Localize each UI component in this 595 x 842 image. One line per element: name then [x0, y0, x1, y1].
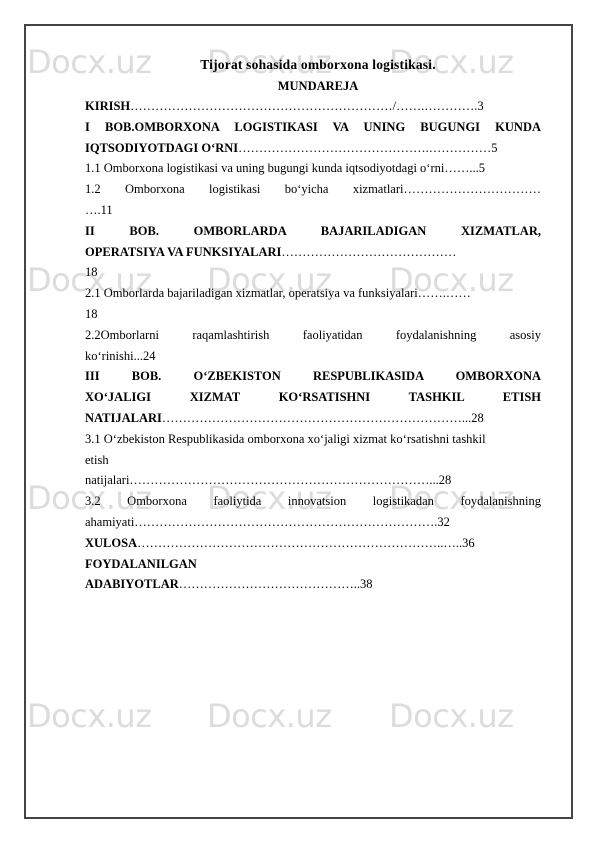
toc-page-number: 28: [439, 473, 452, 487]
toc-page-number: 18: [85, 265, 98, 279]
toc-line: 2.2Omborlarni raqamlashtirish faoliyatid…: [85, 325, 541, 346]
toc-leader-dots: ………………………………………………………………...: [162, 411, 471, 425]
toc-line: ahamiyati……………………………………………………………….32: [85, 512, 541, 533]
toc-entry-title: XO‘JALIGI XIZMAT KO‘RSATISHNI TASHKIL ET…: [85, 390, 541, 404]
toc-line: 3.1 O‘zbekiston Respublikasida omborxona…: [85, 429, 541, 450]
toc-entry-title: IQTSODIYOTDAGI O‘RNI: [85, 141, 238, 155]
toc-entry-text: 1.2 Omborxona logistikasi bo‘yicha xizma…: [85, 182, 541, 196]
toc-page-number: 32: [437, 515, 450, 529]
toc-line: NATIJALARI………………………………………………………………...28: [85, 408, 541, 429]
toc-entry-title: XULOSA: [85, 536, 137, 550]
toc-entry-text: etish: [85, 453, 109, 467]
toc-entry-text: 2.1 Omborlarda bajariladigan xizmatlar, …: [85, 286, 471, 300]
toc-line: FOYDALANILGAN: [85, 554, 541, 575]
toc-entry-text: 1.1 Omborxona logistikasi va uning bugun…: [85, 161, 479, 175]
document-title: Tijorat sohasida omborxona logistikasi.: [95, 54, 541, 76]
toc-line: 1.1 Omborxona logistikasi va uning bugun…: [85, 158, 541, 179]
toc-page-number: 11: [101, 203, 113, 217]
toc-entry-text: 3.2 Omborxona faoliytida innovatsion log…: [85, 494, 541, 508]
toc-page-number: 36: [462, 536, 475, 550]
toc-entry-text: ahamiyati……………………………………………………………….: [85, 515, 437, 529]
table-of-contents: KIRISH………………………………………………………/…….………….3I B…: [85, 96, 541, 595]
toc-heading: MUNDAREJA: [95, 76, 541, 96]
toc-entry-title: III BOB. O‘ZBEKISTON RESPUBLIKASIDA OMBO…: [85, 369, 541, 383]
toc-line: XO‘JALIGI XIZMAT KO‘RSATISHNI TASHKIL ET…: [85, 387, 541, 408]
toc-line: ….11: [85, 200, 541, 221]
toc-page-number: 18: [85, 307, 98, 321]
toc-entry-text: ….: [85, 203, 101, 217]
toc-entry-text: natijalari………………………………………………………………...: [85, 473, 439, 487]
toc-entry-title: NATIJALARI: [85, 411, 162, 425]
toc-page-number: 5: [491, 141, 497, 155]
toc-entry-title: II BOB. OMBORLARDA BAJARILADIGAN XIZMATL…: [85, 224, 541, 238]
toc-page-number: 24: [143, 349, 156, 363]
toc-entry-title: ADABIYOTLAR: [85, 577, 179, 591]
document-content: Tijorat sohasida omborxona logistikasi. …: [85, 54, 541, 595]
toc-line: III BOB. O‘ZBEKISTON RESPUBLIKASIDA OMBO…: [85, 366, 541, 387]
toc-leader-dots: ……………………………………: [281, 245, 456, 259]
toc-line: I BOB.OMBORXONA LOGISTIKASI VA UNING BUG…: [85, 117, 541, 138]
toc-line: IQTSODIYOTDAGI O‘RNI……………………………………….……………: [85, 138, 541, 159]
toc-entry-title: KIRISH: [85, 99, 130, 113]
toc-line: II BOB. OMBORLARDA BAJARILADIGAN XIZMATL…: [85, 221, 541, 242]
toc-page-number: 5: [479, 161, 485, 175]
toc-leader-dots: ……………………………………..: [179, 577, 360, 591]
toc-line: XULOSA………………………………………………………………..…..36: [85, 533, 541, 554]
toc-leader-dots: ……………………………………….……………: [238, 141, 491, 155]
toc-line: 18: [85, 304, 541, 325]
toc-line: OPERATSIYA VA FUNKSIYALARI……………………………………: [85, 242, 541, 263]
toc-entry-title: OPERATSIYA VA FUNKSIYALARI: [85, 245, 281, 259]
toc-entry-title: I BOB.OMBORXONA LOGISTIKASI VA UNING BUG…: [85, 120, 541, 134]
toc-entry-text: 2.2Omborlarni raqamlashtirish faoliyatid…: [85, 328, 541, 342]
toc-page-number: 38: [360, 577, 373, 591]
toc-line: ADABIYOTLAR……………………………………..38: [85, 574, 541, 595]
toc-line: 18: [85, 262, 541, 283]
toc-line: 2.1 Omborlarda bajariladigan xizmatlar, …: [85, 283, 541, 304]
toc-line: natijalari………………………………………………………………...28: [85, 470, 541, 491]
toc-line: KIRISH………………………………………………………/…….………….3: [85, 96, 541, 117]
toc-line: 3.2 Omborxona faoliytida innovatsion log…: [85, 491, 541, 512]
toc-leader-dots: ………………………………………………………………..…..: [137, 536, 462, 550]
toc-page-number: 28: [471, 411, 484, 425]
toc-entry-text: 3.1 O‘zbekiston Respublikasida omborxona…: [85, 432, 486, 446]
toc-line: 1.2 Omborxona logistikasi bo‘yicha xizma…: [85, 179, 541, 200]
toc-page-number: 3: [477, 99, 483, 113]
toc-line: ko‘rinishi...24: [85, 346, 541, 367]
toc-leader-dots: ………………………………………………………/…….………….: [130, 99, 477, 113]
toc-entry-title: FOYDALANILGAN: [85, 557, 197, 571]
toc-entry-text: ko‘rinishi...: [85, 349, 143, 363]
toc-line: etish: [85, 450, 541, 471]
